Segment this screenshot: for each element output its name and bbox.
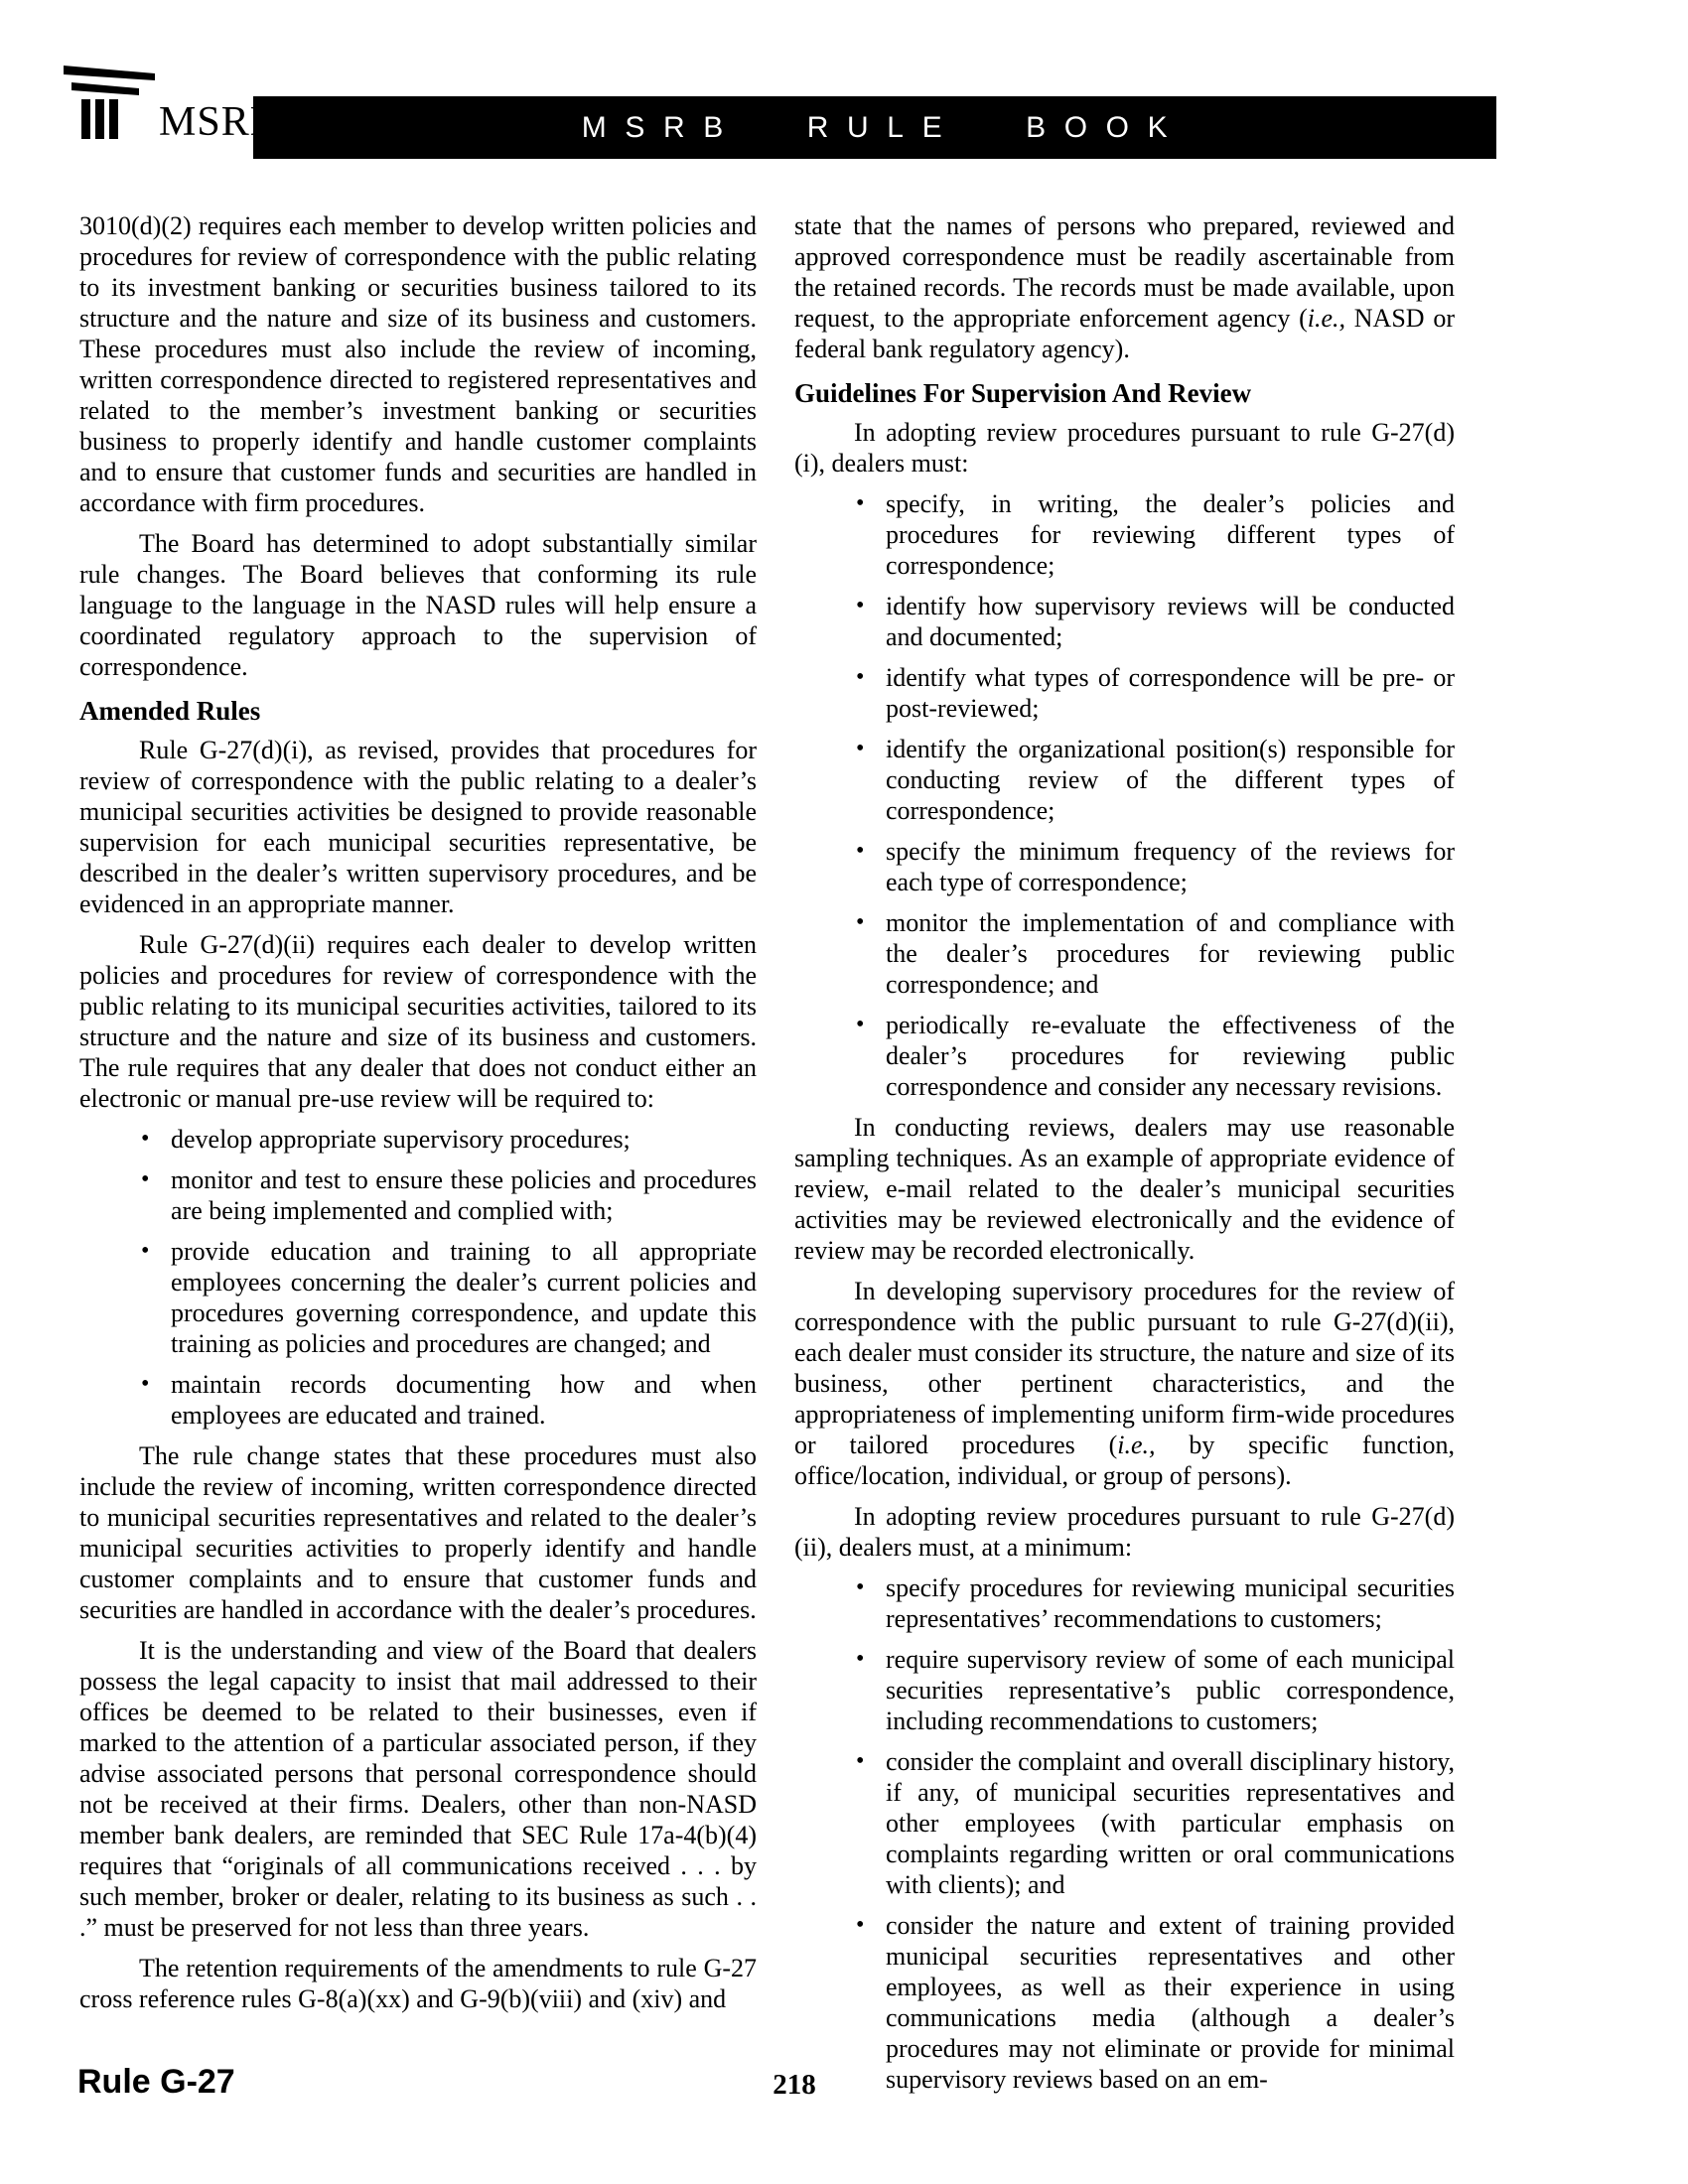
bullet-dot-icon: • xyxy=(856,488,864,519)
banner-title: MSRB RULE BOOK xyxy=(582,111,1186,145)
paragraph: 3010(d)(2) requires each member to devel… xyxy=(79,210,757,518)
bullet-dot-icon: • xyxy=(856,734,864,764)
bullet-dot-icon: • xyxy=(856,1010,864,1040)
section-heading: Amended Rules xyxy=(79,696,757,727)
footer-page-number: 218 xyxy=(735,2069,854,2102)
right-column: state that the names of persons who prep… xyxy=(794,210,1455,2105)
paragraph: In adopting review procedures pursuant t… xyxy=(794,417,1455,478)
bullet-list: •specify, in writing, the dealer’s polic… xyxy=(794,488,1455,1102)
bullet-list: •develop appropriate supervisory procedu… xyxy=(79,1124,757,1431)
bullet-item: •consider the complaint and overall disc… xyxy=(886,1746,1455,1900)
bullet-dot-icon: • xyxy=(856,836,864,867)
rule-book-banner: MSRB RULE BOOK xyxy=(253,96,1496,159)
bullet-item: •identify the organizational position(s)… xyxy=(886,734,1455,826)
bullet-item: •require supervisory review of some of e… xyxy=(886,1644,1455,1736)
bullet-dot-icon: • xyxy=(856,1572,864,1603)
bullet-item: •monitor and test to ensure these polici… xyxy=(171,1164,757,1226)
paragraph: Rule G-27(d)(ii) requires each dealer to… xyxy=(79,929,757,1114)
bullet-dot-icon: • xyxy=(856,662,864,693)
bullet-item: •identify what types of correspondence w… xyxy=(886,662,1455,724)
bullet-item: •specify procedures for reviewing munici… xyxy=(886,1572,1455,1634)
bullet-dot-icon: • xyxy=(141,1164,149,1195)
bullet-item: •provide education and training to all a… xyxy=(171,1236,757,1359)
paragraph: state that the names of persons who prep… xyxy=(794,210,1455,364)
bullet-dot-icon: • xyxy=(141,1369,149,1400)
paragraph: The Board has determined to adopt substa… xyxy=(79,528,757,682)
paragraph: In developing supervisory procedures for… xyxy=(794,1276,1455,1491)
bullet-item: •develop appropriate supervisory procedu… xyxy=(171,1124,757,1155)
footer-rule-label: Rule G-27 xyxy=(77,2063,235,2102)
msrb-logo: MSRB xyxy=(62,60,279,139)
bullet-dot-icon: • xyxy=(141,1236,149,1267)
paragraph: In adopting review procedures pursuant t… xyxy=(794,1501,1455,1563)
bullet-item: •monitor the implementation of and compl… xyxy=(886,907,1455,1000)
bullet-item: •maintain records documenting how and wh… xyxy=(171,1369,757,1431)
bullet-dot-icon: • xyxy=(856,1644,864,1675)
section-heading: Guidelines For Supervision And Review xyxy=(794,378,1455,409)
column-pillar-icon xyxy=(62,60,157,139)
bullet-item: •specify the minimum frequency of the re… xyxy=(886,836,1455,897)
paragraph: The retention requirements of the amendm… xyxy=(79,1953,757,2014)
bullet-item: •consider the nature and extent of train… xyxy=(886,1910,1455,2095)
bullet-item: •identify how supervisory reviews will b… xyxy=(886,591,1455,652)
left-column: 3010(d)(2) requires each member to devel… xyxy=(79,210,757,2024)
paragraph: It is the understanding and view of the … xyxy=(79,1635,757,1943)
bullet-list: •specify procedures for reviewing munici… xyxy=(794,1572,1455,2095)
paragraph: Rule G-27(d)(i), as revised, provides th… xyxy=(79,735,757,919)
bullet-dot-icon: • xyxy=(856,907,864,938)
bullet-dot-icon: • xyxy=(856,1910,864,1941)
document-page: MSRB MSRB RULE BOOK 3010(d)(2) requires … xyxy=(0,0,1688,2184)
paragraph: The rule change states that these proced… xyxy=(79,1440,757,1625)
bullet-dot-icon: • xyxy=(856,1746,864,1777)
paragraph: In conducting reviews, dealers may use r… xyxy=(794,1112,1455,1266)
bullet-item: •specify, in writing, the dealer’s polic… xyxy=(886,488,1455,581)
bullet-item: •periodically re-evaluate the effectiven… xyxy=(886,1010,1455,1102)
bullet-dot-icon: • xyxy=(856,591,864,621)
bullet-dot-icon: • xyxy=(141,1124,149,1155)
